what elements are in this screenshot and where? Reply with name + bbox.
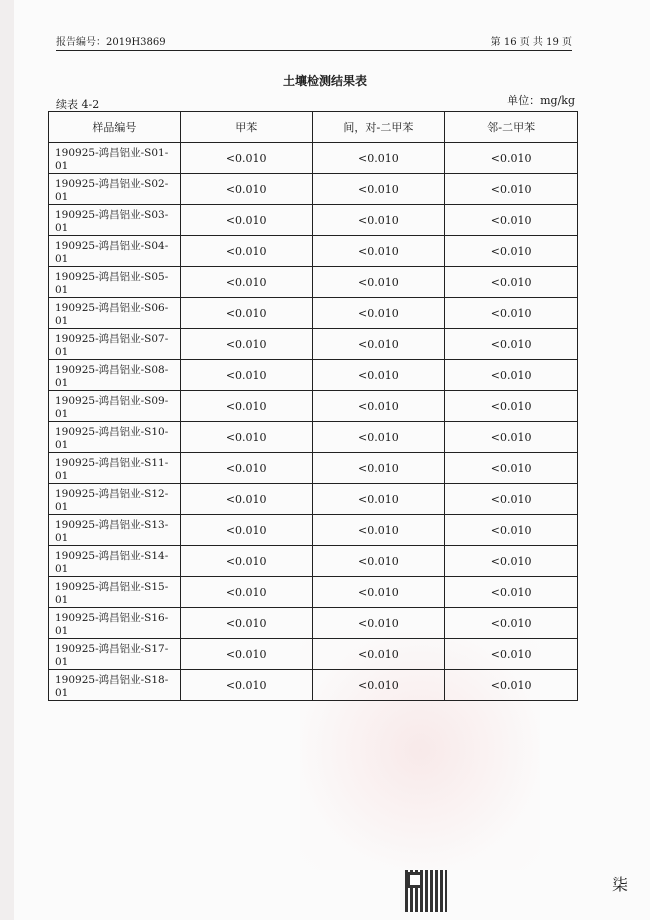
value-cell: <0.010 xyxy=(445,484,578,515)
value-cell: <0.010 xyxy=(180,546,312,577)
results-table: 样品编号 甲苯 间，对-二甲苯 邻-二甲苯 190925-鸿昌铝业-S01-01… xyxy=(48,111,578,701)
table-row: 190925-鸿昌铝业-S04-01<0.010<0.010<0.010 xyxy=(49,236,578,267)
sample-id-cell: 190925-鸿昌铝业-S05-01 xyxy=(49,267,181,298)
sample-id-cell: 190925-鸿昌铝业-S08-01 xyxy=(49,360,181,391)
table-row: 190925-鸿昌铝业-S18-01<0.010<0.010<0.010 xyxy=(49,670,578,701)
table-row: 190925-鸿昌铝业-S14-01<0.010<0.010<0.010 xyxy=(49,546,578,577)
page-mark: 柒 xyxy=(612,872,628,895)
value-cell: <0.010 xyxy=(312,515,445,546)
value-cell: <0.010 xyxy=(180,205,312,236)
value-cell: <0.010 xyxy=(445,360,578,391)
value-cell: <0.010 xyxy=(180,453,312,484)
value-cell: <0.010 xyxy=(445,546,578,577)
value-cell: <0.010 xyxy=(445,453,578,484)
table-row: 190925-鸿昌铝业-S02-01<0.010<0.010<0.010 xyxy=(49,174,578,205)
unit-label: 单位：mg/kg xyxy=(507,92,575,108)
value-cell: <0.010 xyxy=(312,484,445,515)
value-cell: <0.010 xyxy=(312,298,445,329)
value-cell: <0.010 xyxy=(180,391,312,422)
value-cell: <0.010 xyxy=(312,329,445,360)
value-cell: <0.010 xyxy=(445,639,578,670)
sample-id-cell: 190925-鸿昌铝业-S02-01 xyxy=(49,174,181,205)
value-cell: <0.010 xyxy=(180,670,312,701)
value-cell: <0.010 xyxy=(180,174,312,205)
scan-edge xyxy=(0,0,14,920)
page-header: 报告编号：2019H3869 第 16 页 共 19 页 xyxy=(56,34,572,51)
table-row: 190925-鸿昌铝业-S09-01<0.010<0.010<0.010 xyxy=(49,391,578,422)
table-row: 190925-鸿昌铝业-S08-01<0.010<0.010<0.010 xyxy=(49,360,578,391)
value-cell: <0.010 xyxy=(312,453,445,484)
value-cell: <0.010 xyxy=(312,422,445,453)
continued-label: 续表 4-2 xyxy=(56,96,99,112)
value-cell: <0.010 xyxy=(445,515,578,546)
sample-id-cell: 190925-鸿昌铝业-S10-01 xyxy=(49,422,181,453)
value-cell: <0.010 xyxy=(312,174,445,205)
table-row: 190925-鸿昌铝业-S03-01<0.010<0.010<0.010 xyxy=(49,205,578,236)
column-header: 甲苯 xyxy=(180,112,312,143)
table-row: 190925-鸿昌铝业-S10-01<0.010<0.010<0.010 xyxy=(49,422,578,453)
value-cell: <0.010 xyxy=(180,329,312,360)
sample-id-cell: 190925-鸿昌铝业-S14-01 xyxy=(49,546,181,577)
sample-id-cell: 190925-鸿昌铝业-S04-01 xyxy=(49,236,181,267)
table-title: 土壤检测结果表 xyxy=(0,72,650,89)
column-header: 间，对-二甲苯 xyxy=(312,112,445,143)
sample-id-cell: 190925-鸿昌铝业-S15-01 xyxy=(49,577,181,608)
table-row: 190925-鸿昌铝业-S15-01<0.010<0.010<0.010 xyxy=(49,577,578,608)
table-row: 190925-鸿昌铝业-S11-01<0.010<0.010<0.010 xyxy=(49,453,578,484)
value-cell: <0.010 xyxy=(180,577,312,608)
value-cell: <0.010 xyxy=(445,422,578,453)
table-row: 190925-鸿昌铝业-S06-01<0.010<0.010<0.010 xyxy=(49,298,578,329)
sample-id-cell: 190925-鸿昌铝业-S03-01 xyxy=(49,205,181,236)
value-cell: <0.010 xyxy=(180,484,312,515)
value-cell: <0.010 xyxy=(312,205,445,236)
qr-code-icon xyxy=(405,870,447,912)
value-cell: <0.010 xyxy=(312,639,445,670)
sample-id-cell: 190925-鸿昌铝业-S12-01 xyxy=(49,484,181,515)
table-row: 190925-鸿昌铝业-S01-01<0.010<0.010<0.010 xyxy=(49,143,578,174)
value-cell: <0.010 xyxy=(445,267,578,298)
sample-id-cell: 190925-鸿昌铝业-S13-01 xyxy=(49,515,181,546)
value-cell: <0.010 xyxy=(445,329,578,360)
table-header-row: 样品编号 甲苯 间，对-二甲苯 邻-二甲苯 xyxy=(49,112,578,143)
value-cell: <0.010 xyxy=(312,670,445,701)
value-cell: <0.010 xyxy=(445,298,578,329)
sample-id-cell: 190925-鸿昌铝业-S17-01 xyxy=(49,639,181,670)
sample-id-cell: 190925-鸿昌铝业-S11-01 xyxy=(49,453,181,484)
value-cell: <0.010 xyxy=(312,546,445,577)
table-row: 190925-鸿昌铝业-S16-01<0.010<0.010<0.010 xyxy=(49,608,578,639)
table-row: 190925-鸿昌铝业-S07-01<0.010<0.010<0.010 xyxy=(49,329,578,360)
value-cell: <0.010 xyxy=(180,360,312,391)
value-cell: <0.010 xyxy=(312,608,445,639)
value-cell: <0.010 xyxy=(445,236,578,267)
value-cell: <0.010 xyxy=(180,608,312,639)
table-row: 190925-鸿昌铝业-S13-01<0.010<0.010<0.010 xyxy=(49,515,578,546)
sample-id-cell: 190925-鸿昌铝业-S01-01 xyxy=(49,143,181,174)
value-cell: <0.010 xyxy=(312,360,445,391)
value-cell: <0.010 xyxy=(445,608,578,639)
value-cell: <0.010 xyxy=(312,143,445,174)
table-body: 190925-鸿昌铝业-S01-01<0.010<0.010<0.0101909… xyxy=(49,143,578,701)
sample-id-cell: 190925-鸿昌铝业-S07-01 xyxy=(49,329,181,360)
table-row: 190925-鸿昌铝业-S12-01<0.010<0.010<0.010 xyxy=(49,484,578,515)
sample-id-cell: 190925-鸿昌铝业-S18-01 xyxy=(49,670,181,701)
value-cell: <0.010 xyxy=(445,174,578,205)
value-cell: <0.010 xyxy=(180,143,312,174)
value-cell: <0.010 xyxy=(180,515,312,546)
value-cell: <0.010 xyxy=(445,670,578,701)
sample-id-cell: 190925-鸿昌铝业-S09-01 xyxy=(49,391,181,422)
value-cell: <0.010 xyxy=(180,639,312,670)
value-cell: <0.010 xyxy=(180,422,312,453)
value-cell: <0.010 xyxy=(445,391,578,422)
value-cell: <0.010 xyxy=(180,298,312,329)
value-cell: <0.010 xyxy=(445,577,578,608)
column-header: 邻-二甲苯 xyxy=(445,112,578,143)
value-cell: <0.010 xyxy=(445,205,578,236)
value-cell: <0.010 xyxy=(180,236,312,267)
page-info: 第 16 页 共 19 页 xyxy=(491,33,572,48)
column-header: 样品编号 xyxy=(49,112,181,143)
value-cell: <0.010 xyxy=(312,391,445,422)
value-cell: <0.010 xyxy=(312,577,445,608)
value-cell: <0.010 xyxy=(445,143,578,174)
value-cell: <0.010 xyxy=(312,267,445,298)
value-cell: <0.010 xyxy=(180,267,312,298)
sample-id-cell: 190925-鸿昌铝业-S06-01 xyxy=(49,298,181,329)
report-number: 报告编号：2019H3869 xyxy=(56,33,166,48)
table-row: 190925-鸿昌铝业-S17-01<0.010<0.010<0.010 xyxy=(49,639,578,670)
table-row: 190925-鸿昌铝业-S05-01<0.010<0.010<0.010 xyxy=(49,267,578,298)
sample-id-cell: 190925-鸿昌铝业-S16-01 xyxy=(49,608,181,639)
value-cell: <0.010 xyxy=(312,236,445,267)
